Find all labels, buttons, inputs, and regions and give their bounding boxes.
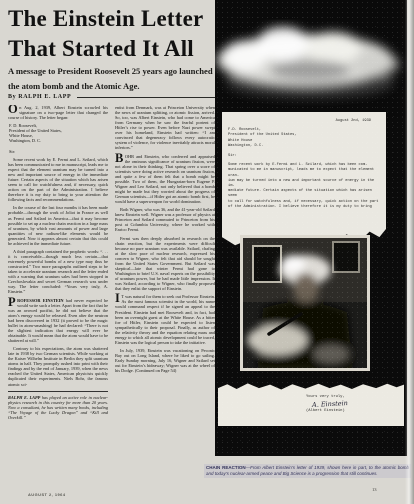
footer-issue-date: AUGUST 2, 1964 [28,492,66,497]
byline-rule [77,97,215,98]
paragraph-lead-in: RALPH E. LAPP [8,395,40,400]
article-paragraph: Contrary to his expectations, the atom w… [8,346,108,386]
einstein-letter-photo: August 2nd, 1939 F.D. Roosevelt, Preside… [222,112,386,248]
article-paragraph: A third paragraph contained the propheti… [8,249,108,294]
einstein-signature: A. Einstein [312,400,348,408]
article-paragraph: Both Wigner, who was 36, and the 41-year… [115,207,215,232]
signature-closing: Yours very truly, [306,395,404,400]
article-body: On Aug. 2, 1939, Albert Einstein scrawle… [8,105,216,459]
byline: By RALPH E. LAPP [8,94,71,100]
drop-cap: I [115,294,121,304]
article-paragraph: F. D. Roosevelt, President of the United… [9,123,108,153]
article-title-line2: That Started It All [8,34,220,64]
article-paragraph: BOHR and Einstein, who conferred and app… [115,154,215,204]
letter-address: F.D. Roosevelt, President of the United … [228,128,381,149]
article-paragraph: In the course of the last four months it… [8,205,108,245]
mushroom-cloud-art [215,0,407,118]
einstein-portrait-photo [240,235,370,371]
photo-montage: August 2nd, 1939 F.D. Roosevelt, Preside… [215,0,407,456]
article-paragraph: In July, 1939, Einstein was vacationing … [115,348,215,373]
wall-picture-frame-right [333,242,359,272]
signature-scrap: Yours very truly, A. Einstein (Albert Ei… [218,382,404,426]
article-title: The Einstein Letter That Started It All [8,4,220,64]
caption-lead: CHAIN REACTION [206,465,246,470]
article-paragraph: entist from Denmark, was at Princeton Un… [115,105,215,150]
wall-picture-frame-left [253,246,281,282]
drop-cap: B [115,154,125,164]
signature-block: Yours very truly, A. Einstein (Albert Ei… [306,395,404,414]
einstein-portrait-art [243,238,367,368]
article-paragraph: RALPH E. LAPP has played an active role … [8,391,108,420]
drop-cap: O [8,105,19,115]
letter-body: Some recent work by E.Fermi and L. Szila… [228,163,381,210]
paragraph-lead-in: ROFESSOR EINSTEIN [17,298,63,303]
signature-printed-name: (Albert Einstein) [306,409,404,414]
article-paragraph: PROFESSOR EINSTEIN had never expected he… [8,298,108,343]
article-column-right: entist from Denmark, was at Princeton Un… [115,105,215,459]
article-paragraph: Some recent work by E. Fermi and L. Szil… [8,157,108,202]
mushroom-cloud-photo [215,0,407,118]
article-title-line1: The Einstein Letter [8,4,220,34]
article-column-left: On Aug. 2, 1939, Albert Einstein scrawle… [8,105,108,459]
article-paragraph: IT was natural for them to seek out Prof… [115,294,215,344]
article-subtitle: A message to President Roosevelt 25 year… [8,64,214,94]
magazine-page: The Einstein Letter That Started It All … [0,0,414,504]
photo-caption: CHAIN REACTION—From Albert Einstein’s le… [204,464,411,478]
article-paragraph: Fermi was then deeply absorbed in resear… [115,236,215,292]
drop-cap: P [8,298,17,308]
page-edge-shadow [405,0,414,504]
page-number: 13 [372,487,377,492]
byline-row: By RALPH E. LAPP [8,94,215,100]
article-paragraph: On Aug. 2, 1939, Albert Einstein scrawle… [8,105,108,120]
letter-salutation: Sir: [228,154,381,159]
letter-date: August 2nd, 1939 [228,119,371,124]
